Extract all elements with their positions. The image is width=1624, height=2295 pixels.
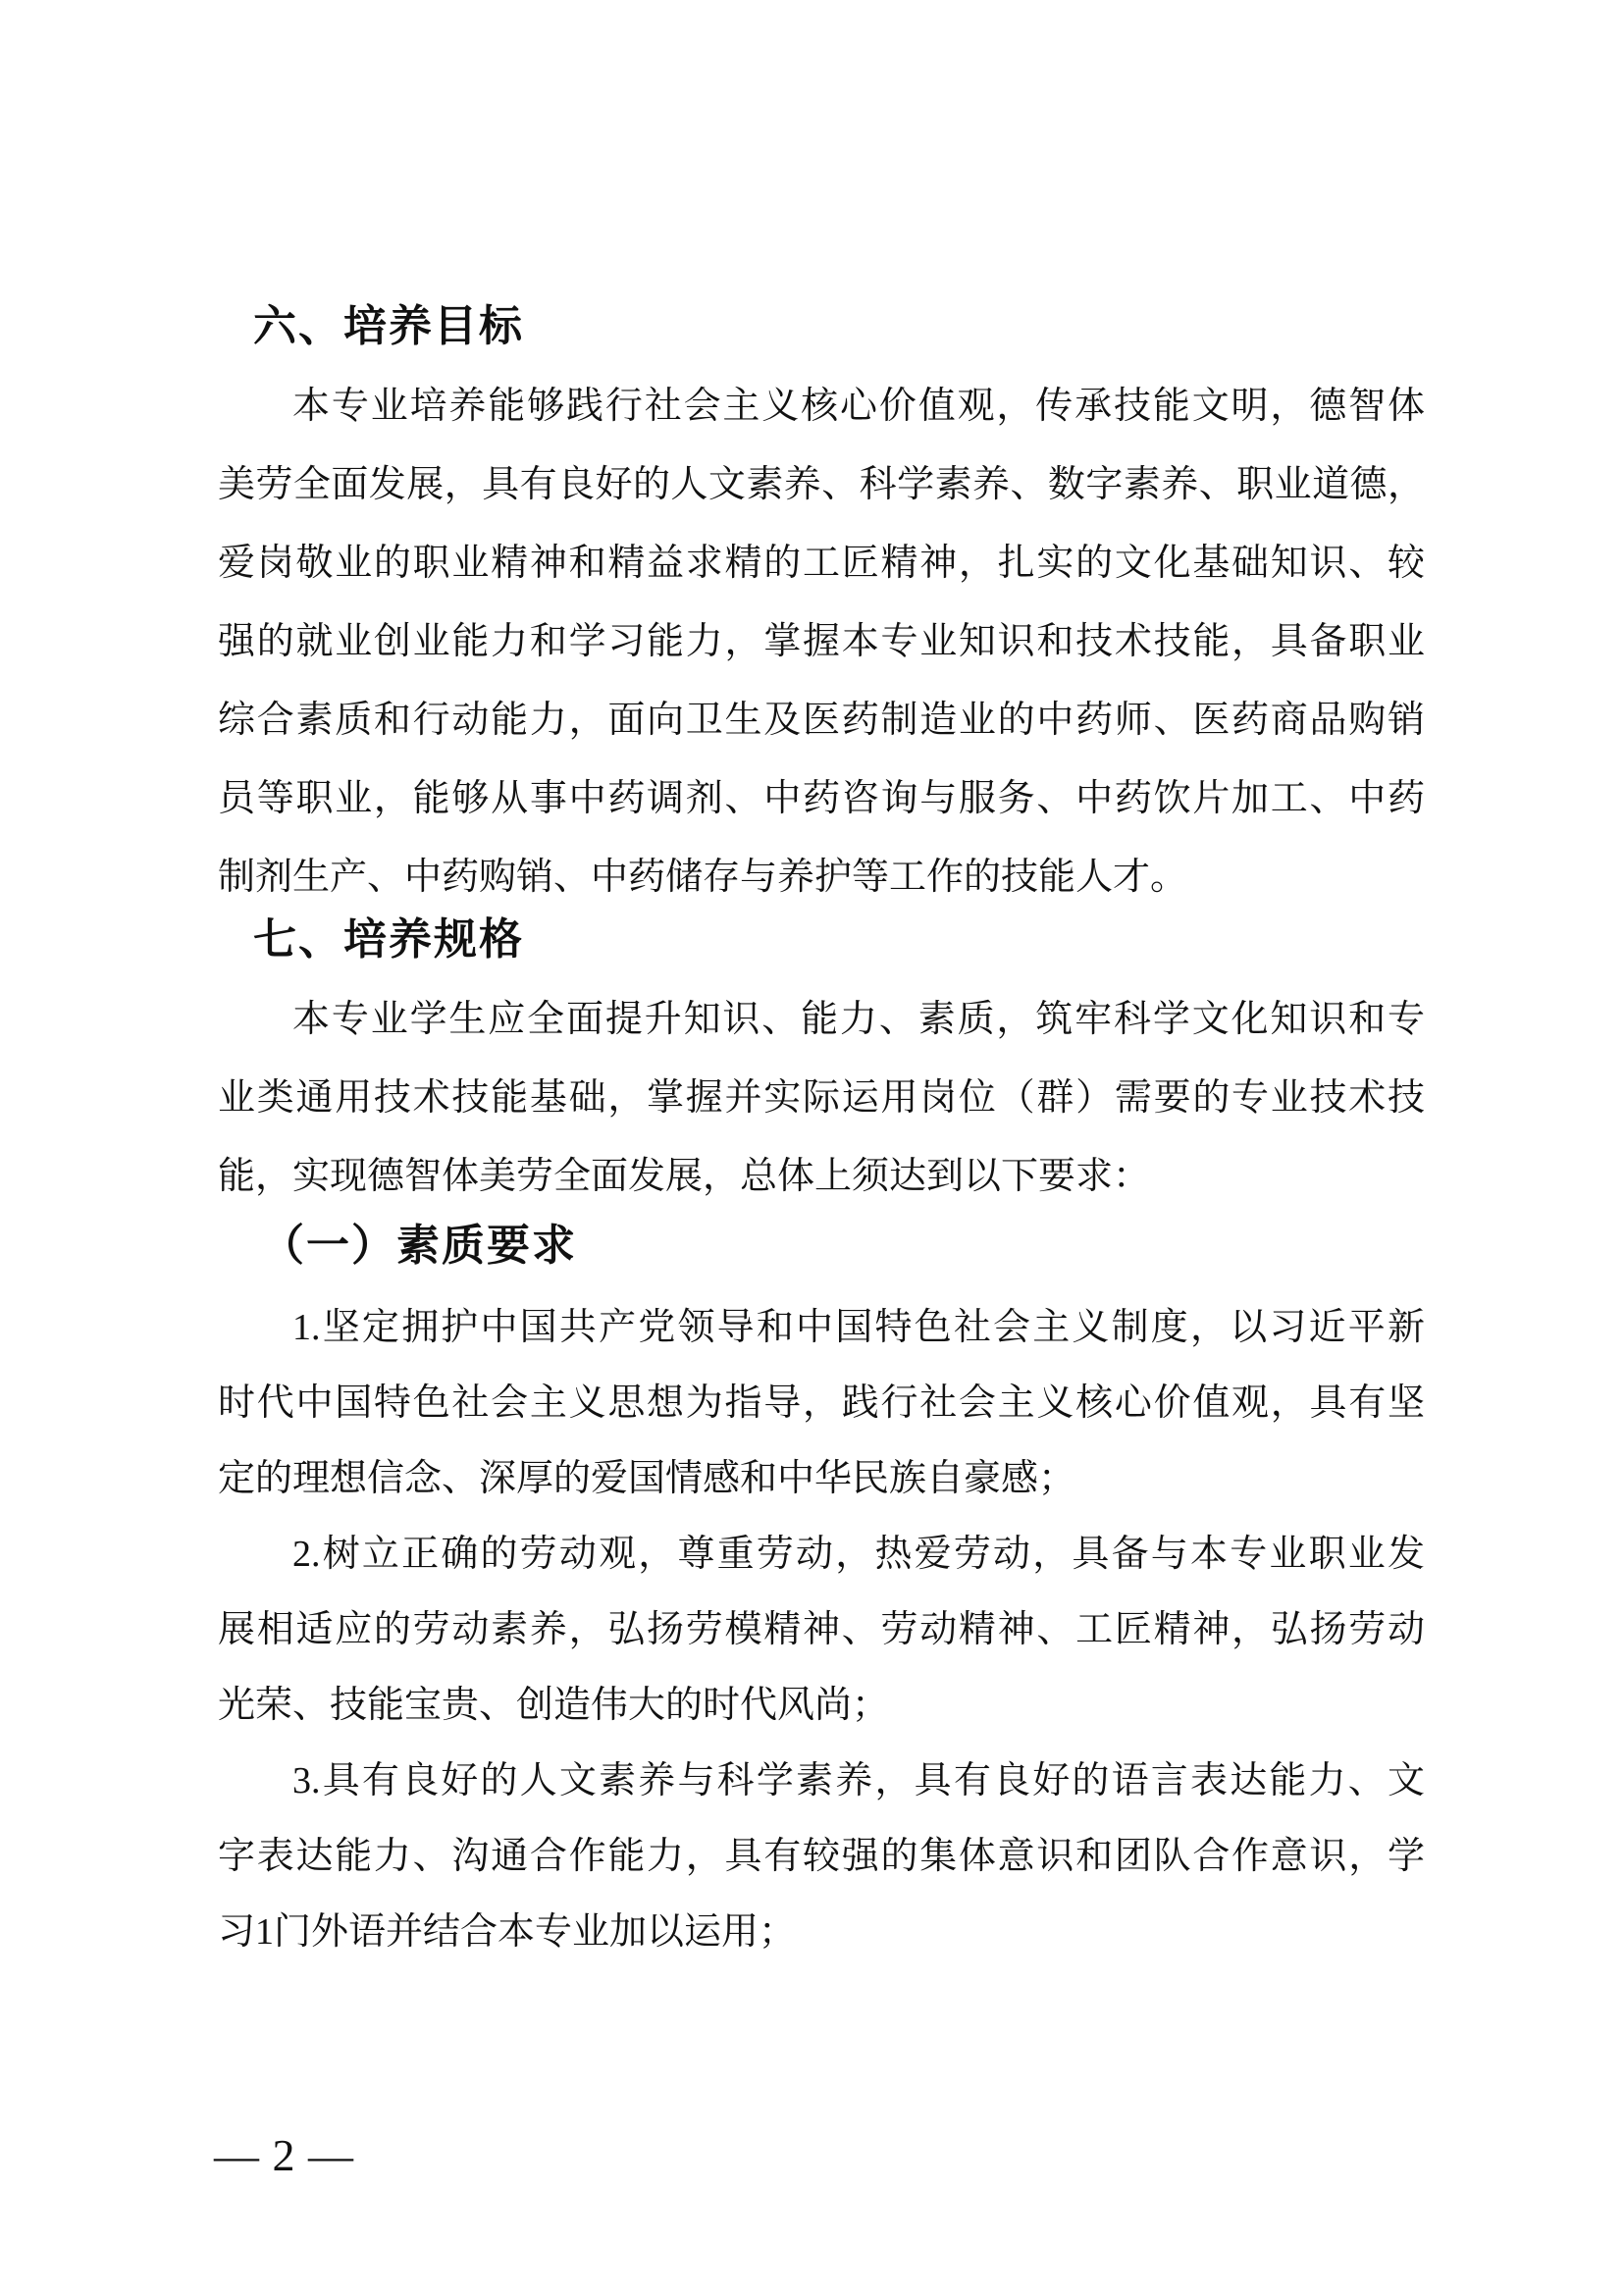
text-line: 强的就业创业能力和学习能力，掌握本专业知识和技术技能，具备职业 bbox=[218, 602, 1425, 681]
text-line: 1.坚定拥护中国共产党领导和中国特色社会主义制度，以习近平新 bbox=[218, 1290, 1425, 1366]
paragraph-training-objectives: 本专业培养能够践行社会主义核心价值观，传承技能文明，德智体 美劳全面发展，具有良… bbox=[218, 367, 1425, 916]
document-page: 六、培养目标 本专业培养能够践行社会主义核心价值观，传承技能文明，德智体 美劳全… bbox=[0, 0, 1624, 2295]
text-line: 字表达能力、沟通合作能力，具有较强的集体意识和团队合作意识，学 bbox=[218, 1819, 1425, 1895]
section-heading-training-objectives: 六、培养目标 bbox=[253, 297, 524, 356]
text-line: 本专业培养能够践行社会主义核心价值观，传承技能文明，德智体 bbox=[218, 367, 1425, 445]
text-line: 时代中国特色社会主义思想为指导，践行社会主义核心价值观，具有坚 bbox=[218, 1366, 1425, 1441]
text-line: 3.具有良好的人文素养与科学素养，具有良好的语言表达能力、文 bbox=[218, 1744, 1425, 1819]
text-line: 爱岗敬业的职业精神和精益求精的工匠精神，扎实的文化基础知识、较 bbox=[218, 524, 1425, 602]
text-line: 2.树立正确的劳动观，尊重劳动，热爱劳动，具备与本专业职业发 bbox=[218, 1517, 1425, 1592]
quality-requirement-item-1: 1.坚定拥护中国共产党领导和中国特色社会主义制度，以习近平新 时代中国特色社会主… bbox=[218, 1290, 1425, 1517]
text-line: 业类通用技术技能基础，掌握并实际运用岗位（群）需要的专业技术技 bbox=[218, 1059, 1425, 1137]
text-line: 员等职业，能够从事中药调剂、中药咨询与服务、中药饮片加工、中药 bbox=[218, 759, 1425, 838]
section-heading-training-specifications: 七、培养规格 bbox=[253, 911, 524, 969]
text-line: 本专业学生应全面提升知识、能力、素质，筑牢科学文化知识和专 bbox=[218, 980, 1425, 1059]
subsection-heading-quality-requirements: （一）素质要求 bbox=[261, 1217, 577, 1276]
paragraph-training-specifications: 本专业学生应全面提升知识、能力、素质，筑牢科学文化知识和专 业类通用技术技能基础… bbox=[218, 980, 1425, 1216]
quality-requirement-item-2: 2.树立正确的劳动观，尊重劳动，热爱劳动，具备与本专业职业发 展相适应的劳动素养… bbox=[218, 1517, 1425, 1744]
text-line: 制剂生产、中药购销、中药储存与养护等工作的技能人才。 bbox=[218, 838, 1425, 916]
page-number: — 2 — bbox=[214, 2131, 354, 2180]
text-line: 定的理想信念、深厚的爱国情感和中华民族自豪感； bbox=[218, 1441, 1425, 1517]
quality-requirement-item-3: 3.具有良好的人文素养与科学素养，具有良好的语言表达能力、文 字表达能力、沟通合… bbox=[218, 1744, 1425, 1970]
text-line: 综合素质和行动能力，面向卫生及医药制造业的中药师、医药商品购销 bbox=[218, 681, 1425, 759]
text-line: 光荣、技能宝贵、创造伟大的时代风尚； bbox=[218, 1668, 1425, 1744]
text-line: 美劳全面发展，具有良好的人文素养、科学素养、数字素养、职业道德， bbox=[218, 445, 1425, 524]
text-line: 展相适应的劳动素养，弘扬劳模精神、劳动精神、工匠精神，弘扬劳动 bbox=[218, 1592, 1425, 1668]
text-line: 能，实现德智体美劳全面发展，总体上须达到以下要求： bbox=[218, 1137, 1425, 1216]
text-line: 习1门外语并结合本专业加以运用； bbox=[218, 1895, 1425, 1970]
